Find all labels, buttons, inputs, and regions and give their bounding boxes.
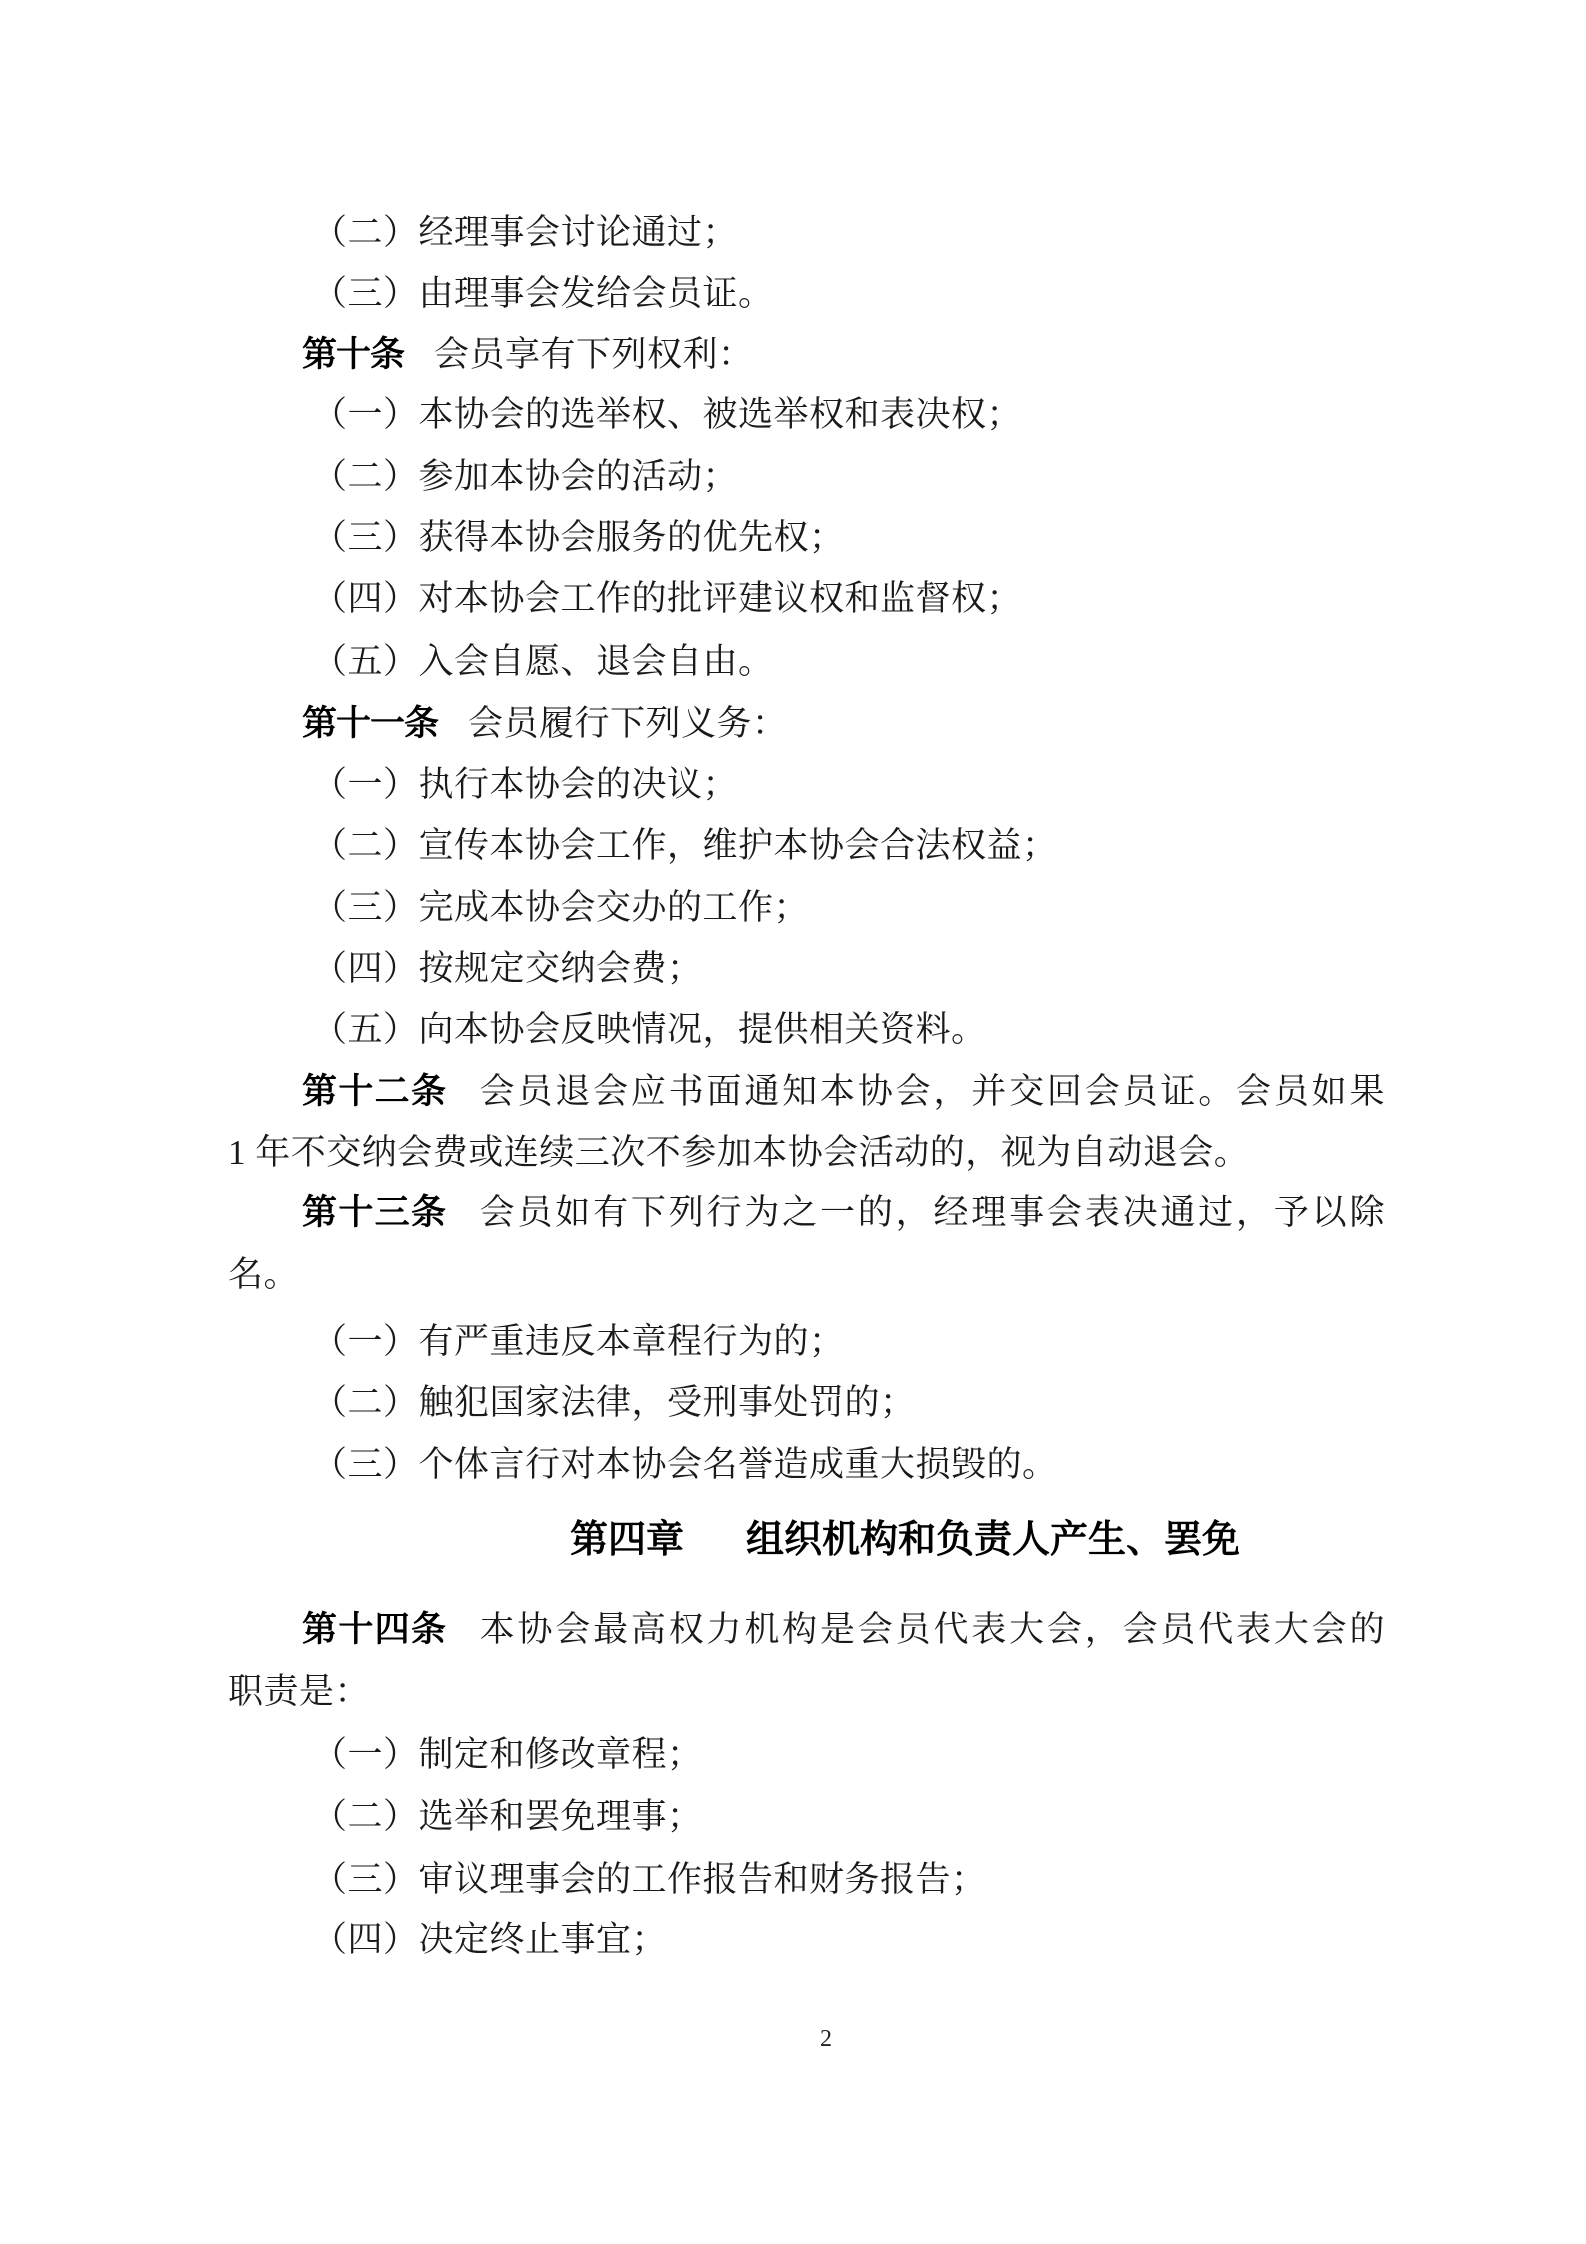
article-text: 会员如有下列行为之一的，经理事会表决通过，予以除 — [477, 1193, 1385, 1232]
list-item: （三）完成本协会交办的工作； — [312, 883, 1472, 933]
list-item: （四）按规定交纳会费； — [312, 944, 1472, 994]
list-item: （一）制定和修改章程； — [312, 1730, 1472, 1780]
list-item: （五）向本协会反映情况，提供相关资料。 — [312, 1005, 1472, 1055]
article-12: 第十二条会员退会应书面通知本协会，并交回会员证。会员如果 — [302, 1067, 1385, 1117]
article-label: 第十四条 — [302, 1610, 447, 1649]
article-text: 会员退会应书面通知本协会，并交回会员证。会员如果 — [477, 1072, 1385, 1111]
article-continuation: 名。 — [228, 1250, 1388, 1300]
list-item: （三）审议理事会的工作报告和财务报告； — [312, 1855, 1472, 1905]
article-text: 会员履行下列义务： — [468, 704, 788, 743]
list-item: （五）入会自愿、退会自由。 — [312, 637, 1472, 687]
article-label: 第十二条 — [302, 1072, 447, 1111]
article-label: 第十条 — [302, 335, 404, 374]
document-page: （二）经理事会讨论通过； （三）由理事会发给会员证。 第十条会员享有下列权利： … — [0, 0, 1586, 2244]
chapter-title: 组织机构和负责人产生、罢免 — [746, 1519, 1240, 1561]
list-item: （四）决定终止事宜； — [312, 1915, 1472, 1965]
list-item: （一）有严重违反本章程行为的； — [312, 1317, 1472, 1367]
list-item: （四）对本协会工作的批评建议权和监督权； — [312, 574, 1472, 624]
list-item: （一）本协会的选举权、被选举权和表决权； — [312, 390, 1472, 440]
list-item: （二）经理事会讨论通过； — [312, 208, 1472, 258]
article-10: 第十条会员享有下列权利： — [302, 330, 1462, 380]
list-item: （二）宣传本协会工作，维护本协会合法权益； — [312, 821, 1472, 871]
list-item: （三）获得本协会服务的优先权； — [312, 513, 1472, 563]
list-item: （一）执行本协会的决议； — [312, 760, 1472, 810]
article-14: 第十四条本协会最高权力机构是会员代表大会，会员代表大会的 — [302, 1605, 1385, 1655]
article-label: 第十三条 — [302, 1193, 447, 1232]
list-item: （三）个体言行对本协会名誉造成重大损毁的。 — [312, 1440, 1472, 1490]
list-item: （二）参加本协会的活动； — [312, 452, 1472, 502]
article-13: 第十三条会员如有下列行为之一的，经理事会表决通过，予以除 — [302, 1188, 1385, 1238]
page-number: 2 — [820, 2024, 832, 2054]
article-continuation: 职责是： — [228, 1667, 1388, 1717]
list-item: （二）选举和罢免理事； — [312, 1792, 1472, 1842]
article-continuation: 1 年不交纳会费或连续三次不参加本协会活动的，视为自动退会。 — [228, 1128, 1388, 1178]
article-text: 会员享有下列权利： — [434, 335, 754, 374]
article-text: 本协会最高权力机构是会员代表大会，会员代表大会的 — [477, 1610, 1385, 1649]
chapter-label: 第四章 — [570, 1519, 684, 1561]
article-label: 第十一条 — [302, 704, 438, 743]
list-item: （二）触犯国家法律，受刑事处罚的； — [312, 1378, 1472, 1428]
article-11: 第十一条会员履行下列义务： — [302, 699, 1462, 749]
list-item: （三）由理事会发给会员证。 — [312, 269, 1472, 319]
chapter-heading: 第四章组织机构和负责人产生、罢免 — [570, 1512, 1330, 1568]
